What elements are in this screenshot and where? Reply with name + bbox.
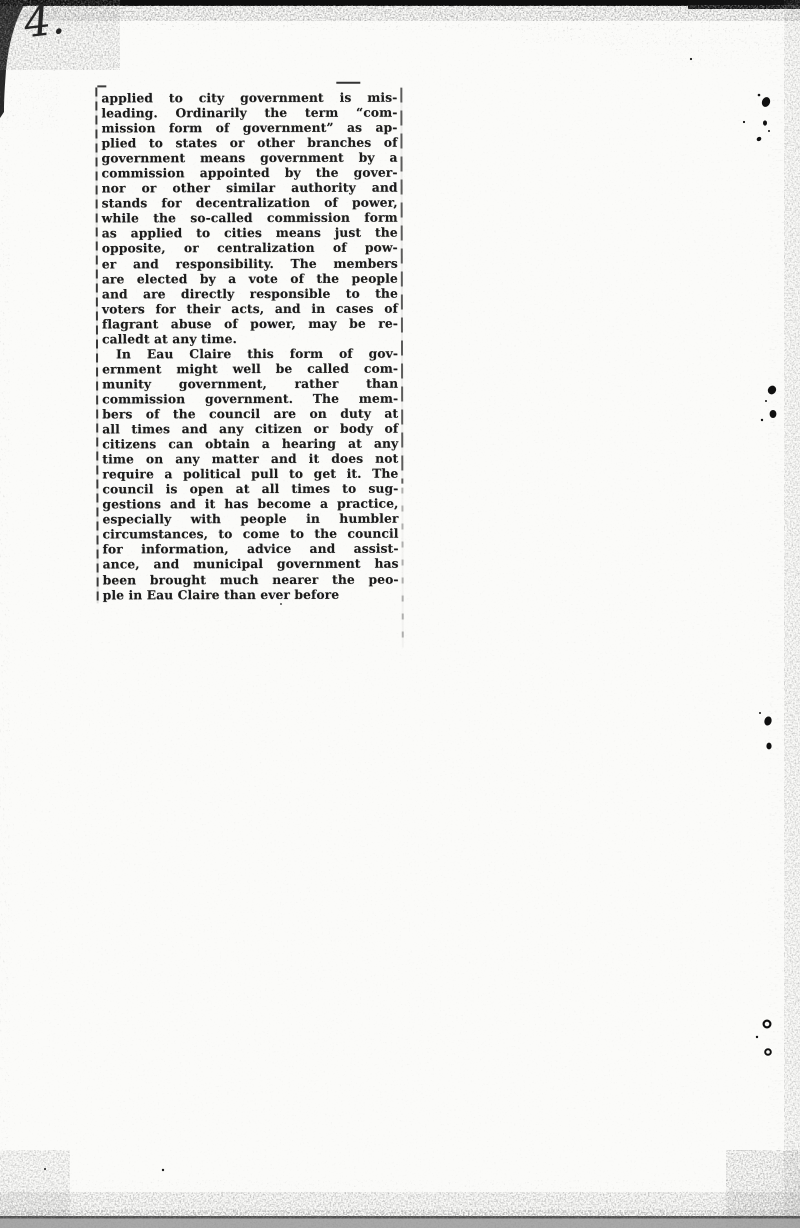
handwritten-page-number: 4.: [22, 0, 67, 44]
clipping-line: mission form of government” as ap-: [101, 120, 397, 136]
clipping-line: plied to states or other branches of: [101, 135, 397, 151]
rule-remnant-top-left: [97, 85, 106, 87]
bottom-edge-band: [0, 1216, 800, 1228]
clipping-line: stands for decentralization of power,: [102, 195, 398, 211]
clipping-line: time on any matter and it does not: [102, 451, 398, 467]
clipping-line: calledt at any time.: [102, 330, 398, 346]
clipping-line: all times and any citizen or body of: [102, 421, 398, 437]
clipping-line: flagrant abuse of power, may be re-: [102, 315, 398, 331]
clipping-line: nor or other similar authority and: [102, 180, 398, 196]
clipping-line: and are directly responsible to the: [102, 285, 398, 301]
ink-specks-cluster-2: [761, 384, 778, 421]
clipping-line: require a political pull to get it. The: [102, 466, 398, 482]
column-rule-right-icon: [400, 88, 403, 484]
clipping-line: opposite, or centralization of pow-: [102, 240, 398, 256]
ink-specks-cluster-1: [743, 94, 772, 142]
ink-specks-cluster-3: [759, 712, 773, 749]
clipping-line: as applied to cities means just the: [102, 225, 398, 241]
clipping-line: munity government, rather than: [102, 376, 398, 392]
clipping-line: commission appointed by the gover-: [102, 165, 398, 181]
clipping-line: council is open at all times to sug-: [102, 481, 398, 497]
newspaper-clipping: applied to city government is mis-leadin…: [92, 84, 409, 607]
rule-remnant-top-right: [336, 82, 360, 84]
clipping-line: for information, advice and assist-: [103, 541, 399, 557]
clipping-line: while the so-called commission form: [102, 210, 398, 226]
clipping-line: ple in Eau Claire than ever before: [103, 586, 399, 602]
column-rule-right-lower-icon: [401, 488, 403, 648]
ink-specks-cluster-4: [756, 1021, 771, 1055]
clipping-line: ance, and municipal government has: [103, 556, 399, 572]
clipping-line: are elected by a vote of the people: [102, 270, 398, 286]
scanned-page: 4. applied to city government is mis-lea…: [0, 0, 800, 1228]
clipping-line: ernment might well be called com-: [102, 360, 398, 376]
clipping-line: commission government. The mem-: [102, 391, 398, 407]
clipping-text: applied to city government is mis-leadin…: [101, 90, 398, 602]
clipping-line: applied to city government is mis-: [101, 90, 397, 106]
clipping-line: circumstances, to come to the council: [102, 526, 398, 542]
clipping-line: voters for their acts, and in cases of: [102, 300, 398, 316]
top-edge-bar: [0, 0, 800, 6]
clipping-line: especially with people in humbler: [102, 511, 398, 527]
clipping-line: bers of the council are on duty at: [102, 406, 398, 422]
column-rule-left-icon: [95, 87, 98, 603]
clipping-line: government means government by a: [101, 150, 397, 166]
clipping-line: leading. Ordinarily the term “com-: [101, 105, 397, 121]
clipping-line: citizens can obtain a hearing at any: [102, 436, 398, 452]
clipping-line: In Eau Claire this form of gov-: [102, 345, 398, 361]
clipping-line: been brought much nearer the peo-: [103, 571, 399, 587]
clipping-line: er and responsibility. The members: [102, 255, 398, 271]
top-edge-bar-right: [688, 0, 800, 9]
clipping-line: gestions and it has become a practice,: [102, 496, 398, 512]
